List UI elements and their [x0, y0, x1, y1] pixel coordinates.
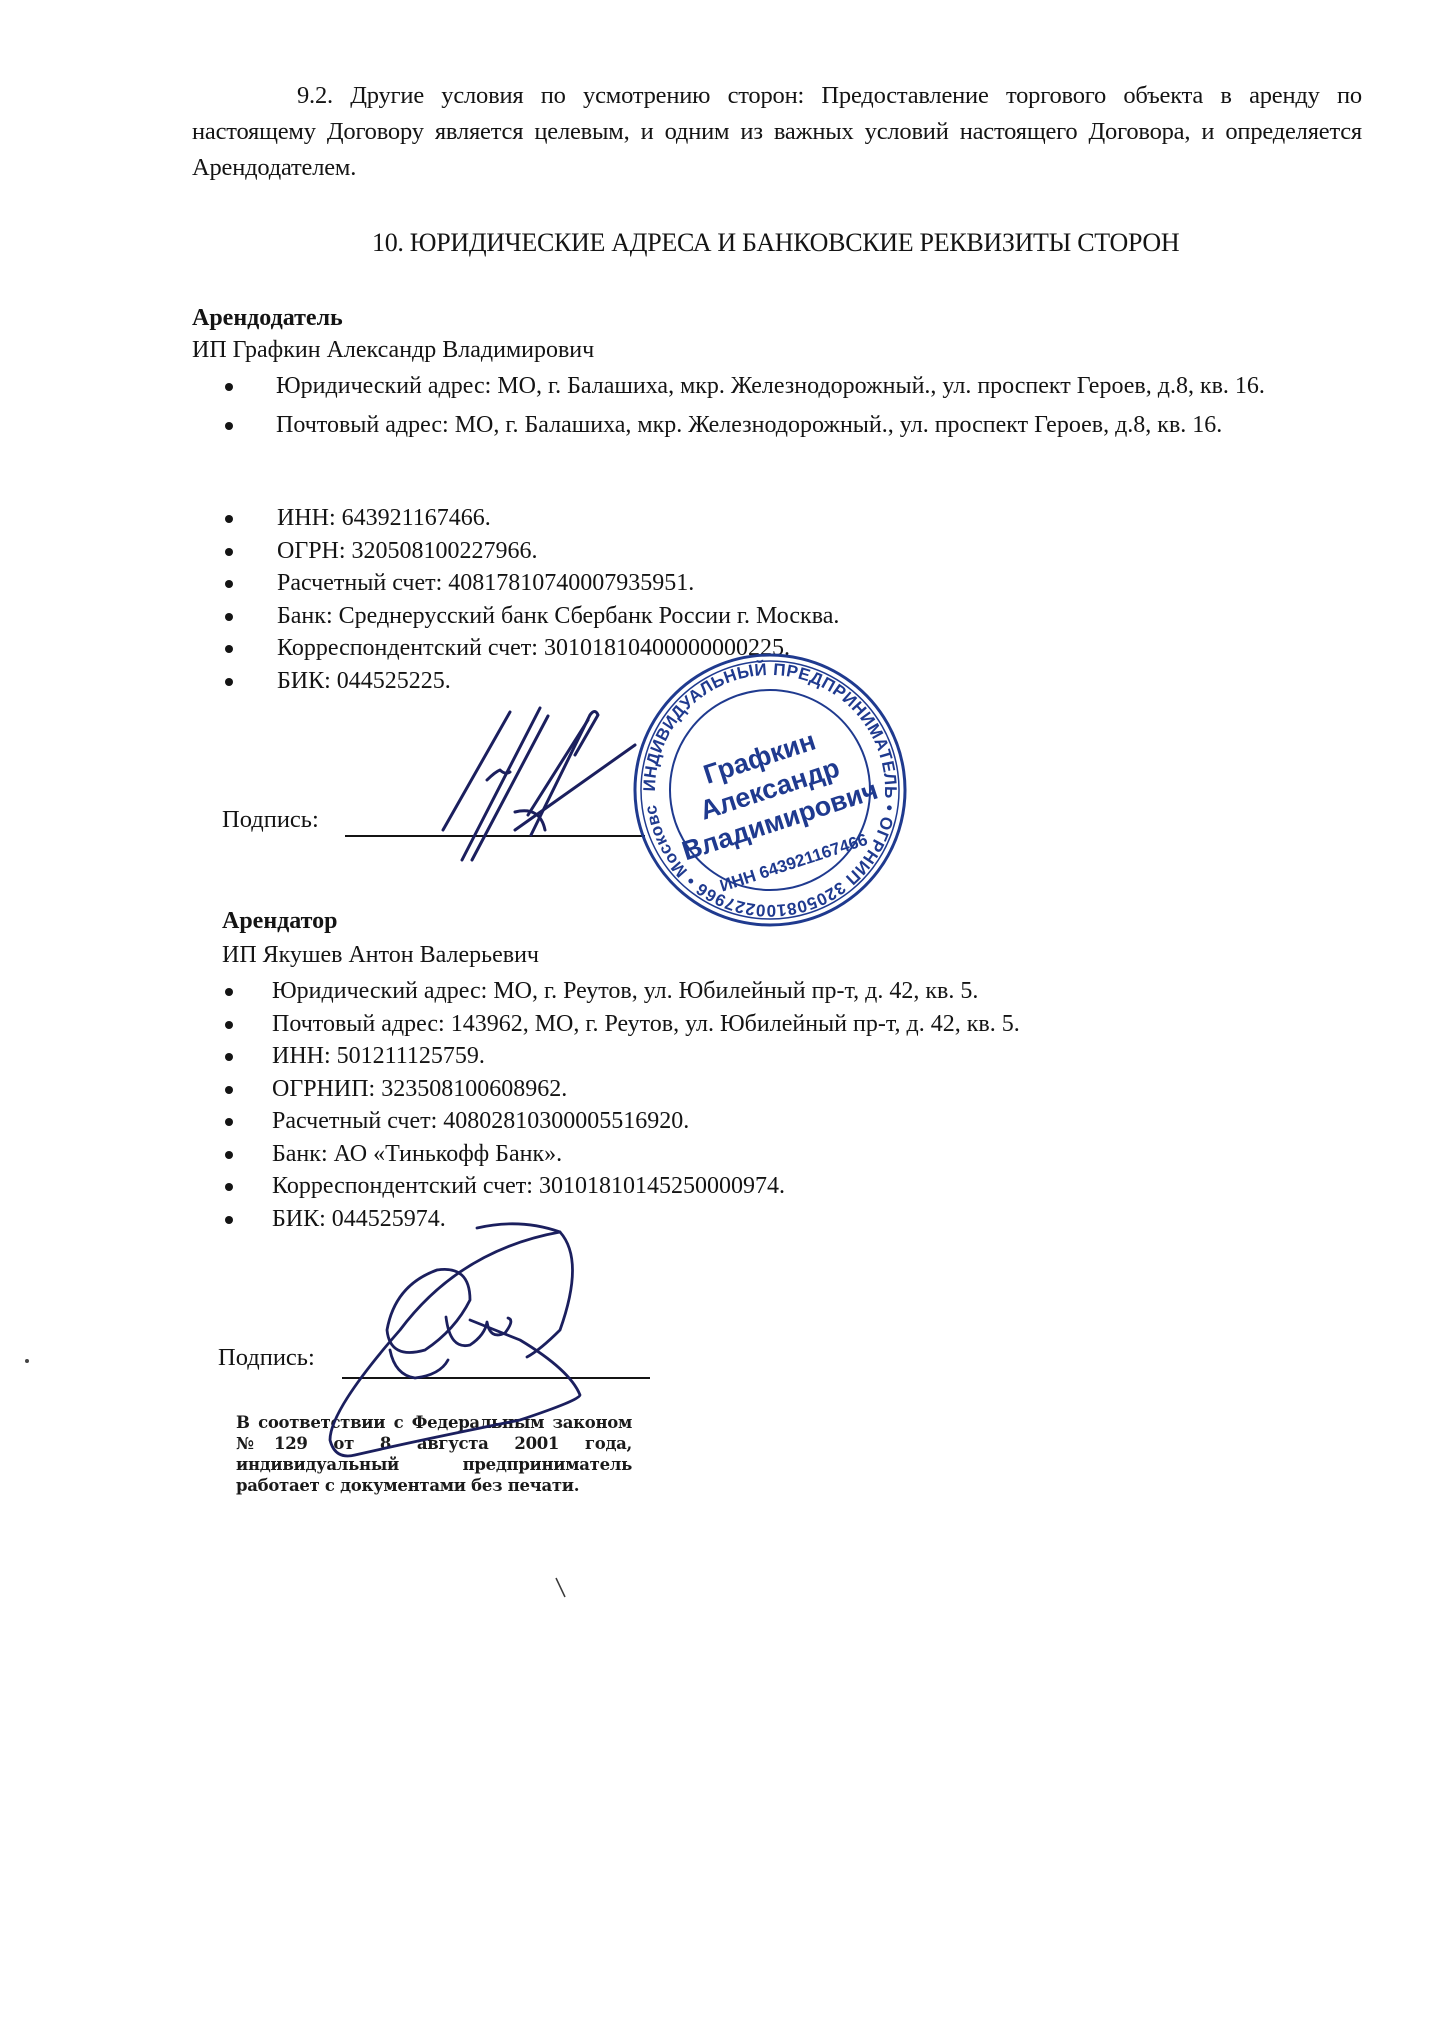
bullet-icon — [225, 422, 233, 430]
landlord-signature-label: Подпись: — [222, 806, 319, 834]
tenant-bik: БИК: 044525974. — [222, 1203, 1020, 1236]
bullet-icon — [225, 678, 233, 686]
bullet-icon — [225, 1216, 233, 1224]
svg-text:Александр: Александр — [696, 752, 843, 825]
clause-9-2: 9.2. Другие условия по усмотрению сторон… — [192, 78, 1362, 186]
bullet-icon — [225, 1118, 233, 1126]
bullet-icon — [225, 580, 233, 588]
landlord-bank: Банк: Среднерусский банк Сбербанк России… — [222, 600, 839, 633]
tenant-name: ИП Якушев Антон Валерьевич — [222, 942, 539, 969]
bullet-icon — [225, 1086, 233, 1094]
landlord-ogrn: ОГРН: 320508100227966. — [222, 535, 839, 568]
bullet-icon — [225, 645, 233, 653]
bullet-icon — [225, 383, 233, 391]
tenant-signature-line[interactable] — [342, 1377, 650, 1379]
bullet-icon — [225, 515, 233, 523]
landlord-details: Юридический адрес: МО, г. Балашиха, мкр.… — [192, 370, 1362, 442]
landlord-legal-address: Юридический адрес: МО, г. Балашиха, мкр.… — [192, 370, 1362, 403]
section-title: 10. ЮРИДИЧЕСКИЕ АДРЕСА И БАНКОВСКИЕ РЕКВ… — [372, 228, 1179, 258]
svg-text:ИНН 643921167466: ИНН 643921167466 — [717, 830, 869, 896]
bullet-icon — [225, 613, 233, 621]
clause-9-2-text: 9.2. Другие условия по усмотрению сторон… — [192, 82, 1362, 181]
landlord-postal-address: Почтовый адрес: МО, г. Балашиха, мкр. Же… — [192, 409, 1362, 442]
svg-text:Графкин: Графкин — [700, 725, 819, 789]
landlord-corr-account: Корреспондентский счет: 3010181040000000… — [222, 632, 839, 665]
landlord-account: Расчетный счет: 40817810740007935951. — [222, 567, 839, 600]
bullet-icon — [225, 1053, 233, 1061]
no-seal-note: В соответствии с Федеральным законом №12… — [236, 1412, 632, 1496]
tenant-postal-address: Почтовый адрес: 143962, МО, г. Реутов, у… — [222, 1008, 1020, 1041]
bullet-icon — [225, 1021, 233, 1029]
tenant-ogrnip: ОГРНИП: 323508100608962. — [222, 1073, 1020, 1106]
tenant-signature-label: Подпись: — [218, 1344, 315, 1372]
tenant-heading: Арендатор — [222, 908, 338, 935]
landlord-inn: ИНН: 643921167466. — [222, 502, 839, 535]
landlord-name: ИП Графкин Александр Владимирович — [192, 337, 594, 364]
tenant-bank: Банк: АО «Тинькофф Банк». — [222, 1138, 1020, 1171]
landlord-signature-line[interactable] — [345, 835, 645, 837]
svg-text:Владимирович: Владимирович — [678, 775, 881, 867]
tenant-inn: ИНН: 501211125759. — [222, 1040, 1020, 1073]
landlord-heading: Арендодатель — [192, 305, 343, 332]
bullet-icon — [225, 1151, 233, 1159]
tenant-corr-account: Корреспондентский счет: 3010181014525000… — [222, 1170, 1020, 1203]
bullet-icon — [225, 988, 233, 996]
tenant-account: Расчетный счет: 40802810300005516920. — [222, 1105, 1020, 1138]
tenant-legal-address: Юридический адрес: МО, г. Реутов, ул. Юб… — [222, 975, 1020, 1008]
bullet-icon — [225, 548, 233, 556]
bullet-icon — [225, 1183, 233, 1191]
landlord-bik: БИК: 044525225. — [222, 665, 839, 698]
tenant-details: Юридический адрес: МО, г. Реутов, ул. Юб… — [222, 975, 1020, 1235]
contract-page: 9.2. Другие условия по усмотрению сторон… — [0, 0, 1440, 2021]
landlord-requisites: ИНН: 643921167466. ОГРН: 320508100227966… — [222, 502, 839, 697]
